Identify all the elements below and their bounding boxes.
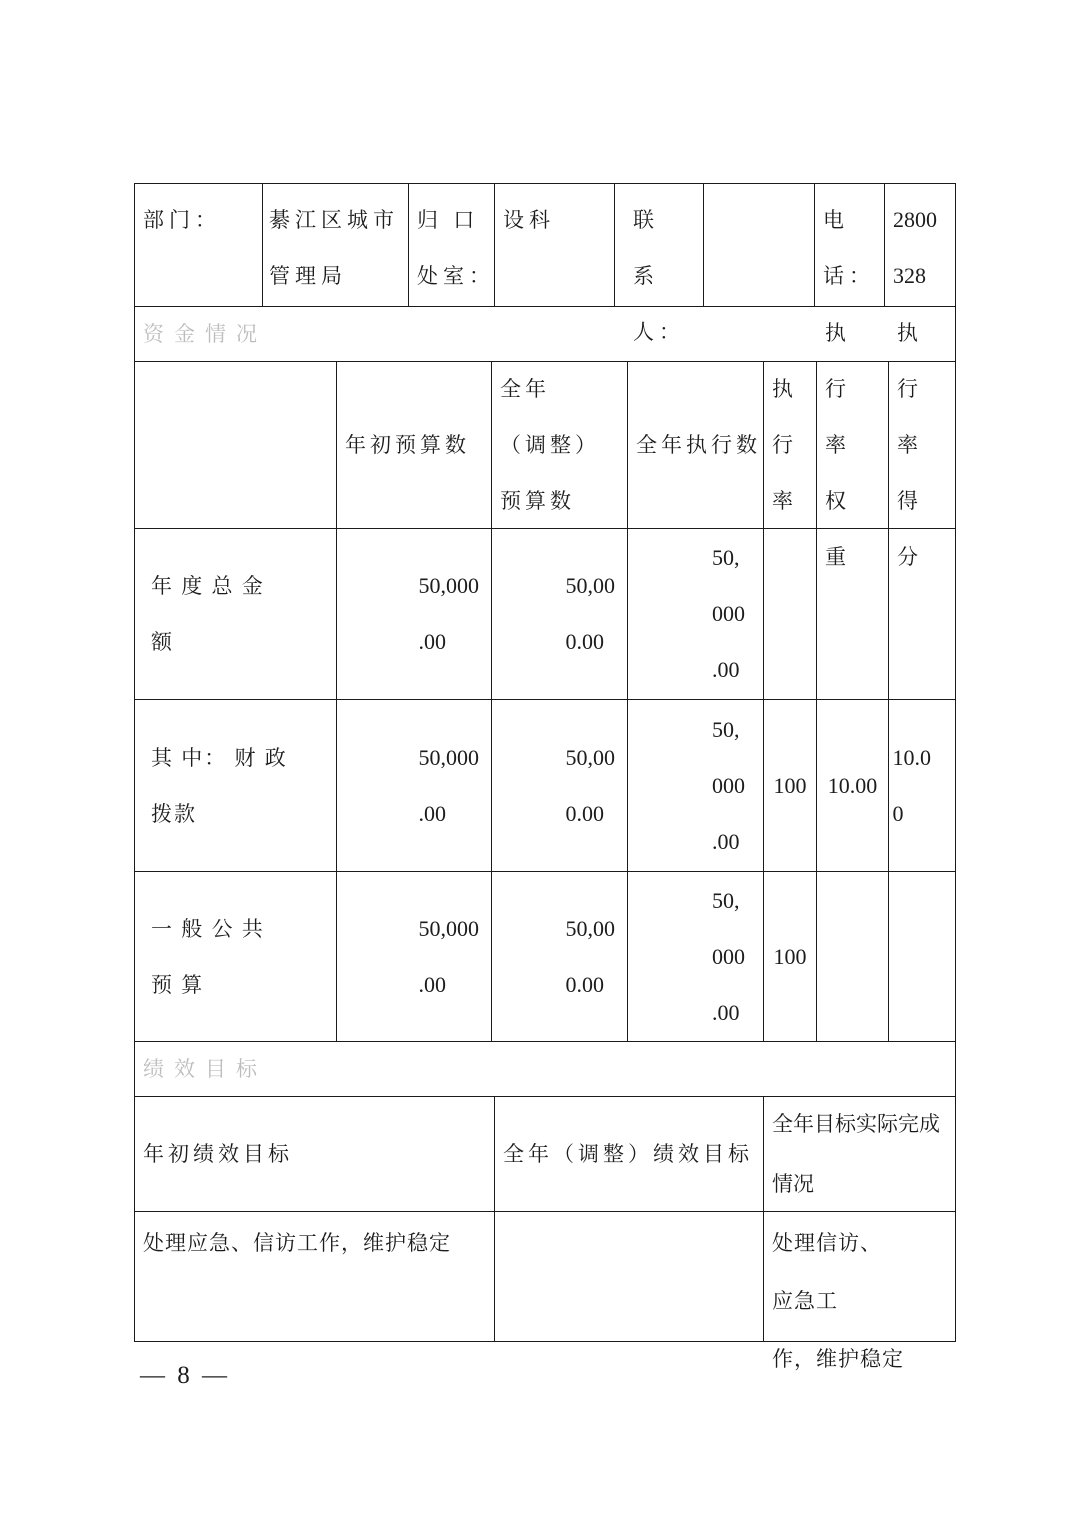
adjusted-budget-value: 50,00 0.00 — [491, 872, 627, 1041]
phone-label: 电 话： — [814, 184, 884, 306]
exec-rate-value: 100 — [763, 700, 816, 871]
amount-text: 100 — [774, 758, 807, 814]
funding-row-fiscal-appropriation: 其 中： 财 政 拨款 50,000 .00 50,00 0.00 50, 00… — [135, 699, 955, 871]
amount-text: 50, 000 .00 — [712, 530, 745, 698]
execution-value: 50, 000 .00 — [627, 872, 763, 1041]
funding-header-exec-rate-score: 执 行 率 得 分 — [888, 362, 955, 528]
office-label: 归 口 处室： — [408, 184, 494, 306]
goal-initial-value: 处理应急、信访工作，维护稳定 — [135, 1212, 494, 1341]
goals-section-title: 绩效目标 — [135, 1042, 955, 1096]
goal-adjusted-value — [494, 1212, 763, 1341]
execution-value: 50, 000 .00 — [627, 529, 763, 699]
amount-text: 50,000 .00 — [419, 558, 480, 670]
initial-budget-value: 50,000 .00 — [336, 700, 491, 871]
exec-rate-value — [763, 529, 816, 699]
exec-rate-value: 100 — [763, 872, 816, 1041]
funding-header-adjusted-budget: 全年（调整） 预算数 — [491, 362, 627, 528]
goal-actual-value: 处理信访、应急工 作，维护稳定 — [763, 1212, 955, 1341]
goals-header-actual: 全年目标实际完成 情况 — [763, 1097, 955, 1211]
phone-value: 2800 328 — [884, 184, 955, 306]
adjusted-budget-value: 50,00 0.00 — [491, 700, 627, 871]
budget-performance-table: 部门： 綦江区城市 管理局 归 口 处室： 设科 联 系 人： 电 话： 280… — [134, 183, 956, 1342]
office-value: 设科 — [494, 184, 614, 306]
funding-header-row: 年初预算数 全年（调整） 预算数 全年执行数 执 行 率 执 行 率 权 重 执… — [135, 361, 955, 528]
exec-rate-score-value: 10.0 0 — [888, 700, 955, 871]
funding-header-blank — [135, 362, 336, 528]
amount-text: 50, 000 .00 — [712, 873, 745, 1041]
initial-budget-value: 50,000 .00 — [336, 872, 491, 1041]
amount-text: 10.00 — [828, 758, 878, 814]
department-label: 部门： — [135, 184, 262, 306]
amount-text: 50,000 .00 — [419, 730, 480, 842]
funding-header-exec-rate: 执 行 率 — [763, 362, 816, 528]
funding-header-initial-budget: 年初预算数 — [336, 362, 491, 528]
amount-text: 10.0 0 — [893, 730, 932, 842]
funding-header-execution: 全年执行数 — [627, 362, 763, 528]
funding-row-label: 其 中： 财 政 拨款 — [135, 700, 336, 871]
goals-section-band: 绩效目标 — [135, 1041, 955, 1096]
funding-header-exec-rate-weight: 执 行 率 权 重 — [816, 362, 888, 528]
exec-rate-weight-value: 10.00 — [816, 700, 888, 871]
exec-rate-score-value — [888, 529, 955, 699]
funding-row-label: 一 般 公 共 预 算 — [135, 872, 336, 1041]
execution-value: 50, 000 .00 — [627, 700, 763, 871]
initial-budget-value: 50,000 .00 — [336, 529, 491, 699]
exec-rate-weight-value — [816, 529, 888, 699]
exec-rate-score-value — [888, 872, 955, 1041]
department-row: 部门： 綦江区城市 管理局 归 口 处室： 设科 联 系 人： 电 话： 280… — [135, 184, 955, 306]
amount-text: 50,000 .00 — [419, 901, 480, 1013]
adjusted-budget-value: 50,00 0.00 — [491, 529, 627, 699]
document-page: 部门： 綦江区城市 管理局 归 口 处室： 设科 联 系 人： 电 话： 280… — [0, 0, 1074, 1520]
amount-text: 100 — [774, 929, 807, 985]
exec-rate-weight-value — [816, 872, 888, 1041]
contact-value — [703, 184, 814, 306]
goals-header-adjusted: 全年（调整）绩效目标 — [494, 1097, 763, 1211]
funding-row-annual-total: 年 度 总 金 额 50,000 .00 50,00 0.00 50, 000 … — [135, 528, 955, 699]
amount-text: 50,00 0.00 — [566, 558, 616, 670]
amount-text: 50, 000 .00 — [712, 702, 745, 870]
funding-row-general-public-budget: 一 般 公 共 预 算 50,000 .00 50,00 0.00 50, 00… — [135, 871, 955, 1041]
department-value: 綦江区城市 管理局 — [262, 184, 408, 306]
page-number: — 8 — — [140, 1362, 230, 1390]
contact-label: 联 系 人： — [614, 184, 703, 306]
amount-text: 50,00 0.00 — [566, 901, 616, 1013]
amount-text: 50,00 0.00 — [566, 730, 616, 842]
goals-data-row: 处理应急、信访工作，维护稳定 处理信访、应急工 作，维护稳定 — [135, 1211, 955, 1341]
funding-row-label: 年 度 总 金 额 — [135, 529, 336, 699]
goals-header-initial: 年初绩效目标 — [135, 1097, 494, 1211]
goals-header-row: 年初绩效目标 全年（调整）绩效目标 全年目标实际完成 情况 — [135, 1096, 955, 1211]
